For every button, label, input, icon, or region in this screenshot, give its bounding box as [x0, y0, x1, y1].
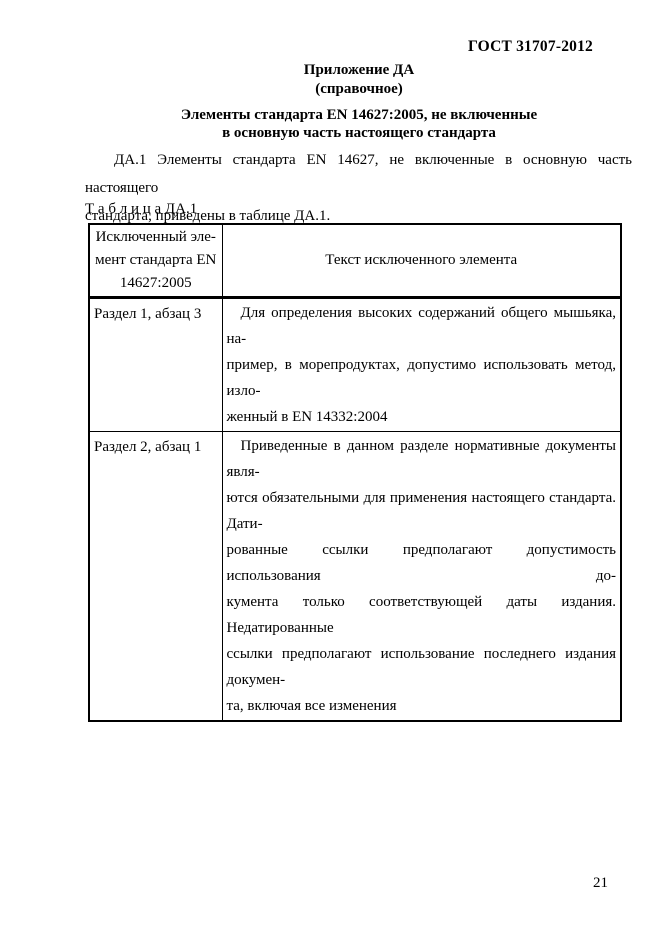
column-header-excluded-element: Исключенный эле-мент стандарта EN14627:2…: [89, 224, 222, 298]
section-title: Элементы стандарта EN 14627:2005, не вкл…: [85, 106, 633, 142]
table-header-row: Исключенный эле-мент стандарта EN14627:2…: [89, 224, 621, 298]
section-title-line1: Элементы стандарта EN 14627:2005, не вкл…: [85, 106, 633, 124]
appendix-type: (справочное): [85, 80, 633, 99]
document-page: ГОСТ 31707-2012 Приложение ДА (справочно…: [0, 0, 661, 936]
table-row: Раздел 2, абзац 1 Приведенные в данном р…: [89, 432, 621, 722]
appendix-heading: Приложение ДА (справочное): [85, 61, 633, 99]
cell-excluded-text: Приведенные в данном разделе нормативные…: [222, 432, 621, 722]
table-caption: Т а б л и ц а ДА.1: [85, 201, 197, 218]
cell-element-ref: Раздел 1, абзац 3: [89, 298, 222, 432]
cell-excluded-text: Для определения высоких содержаний общег…: [222, 298, 621, 432]
cell-element-ref: Раздел 2, абзац 1: [89, 432, 222, 722]
excluded-elements-table: Исключенный эле-мент стандарта EN14627:2…: [88, 223, 622, 722]
page-number: 21: [593, 875, 608, 892]
column-header-excluded-text: Текст исключенного элемента: [222, 224, 621, 298]
section-title-line2: в основную часть настоящего стандарта: [85, 124, 633, 142]
appendix-title: Приложение ДА: [85, 61, 633, 80]
table-row: Раздел 1, абзац 3 Для определения высоки…: [89, 298, 621, 432]
doc-number: ГОСТ 31707-2012: [468, 38, 593, 56]
